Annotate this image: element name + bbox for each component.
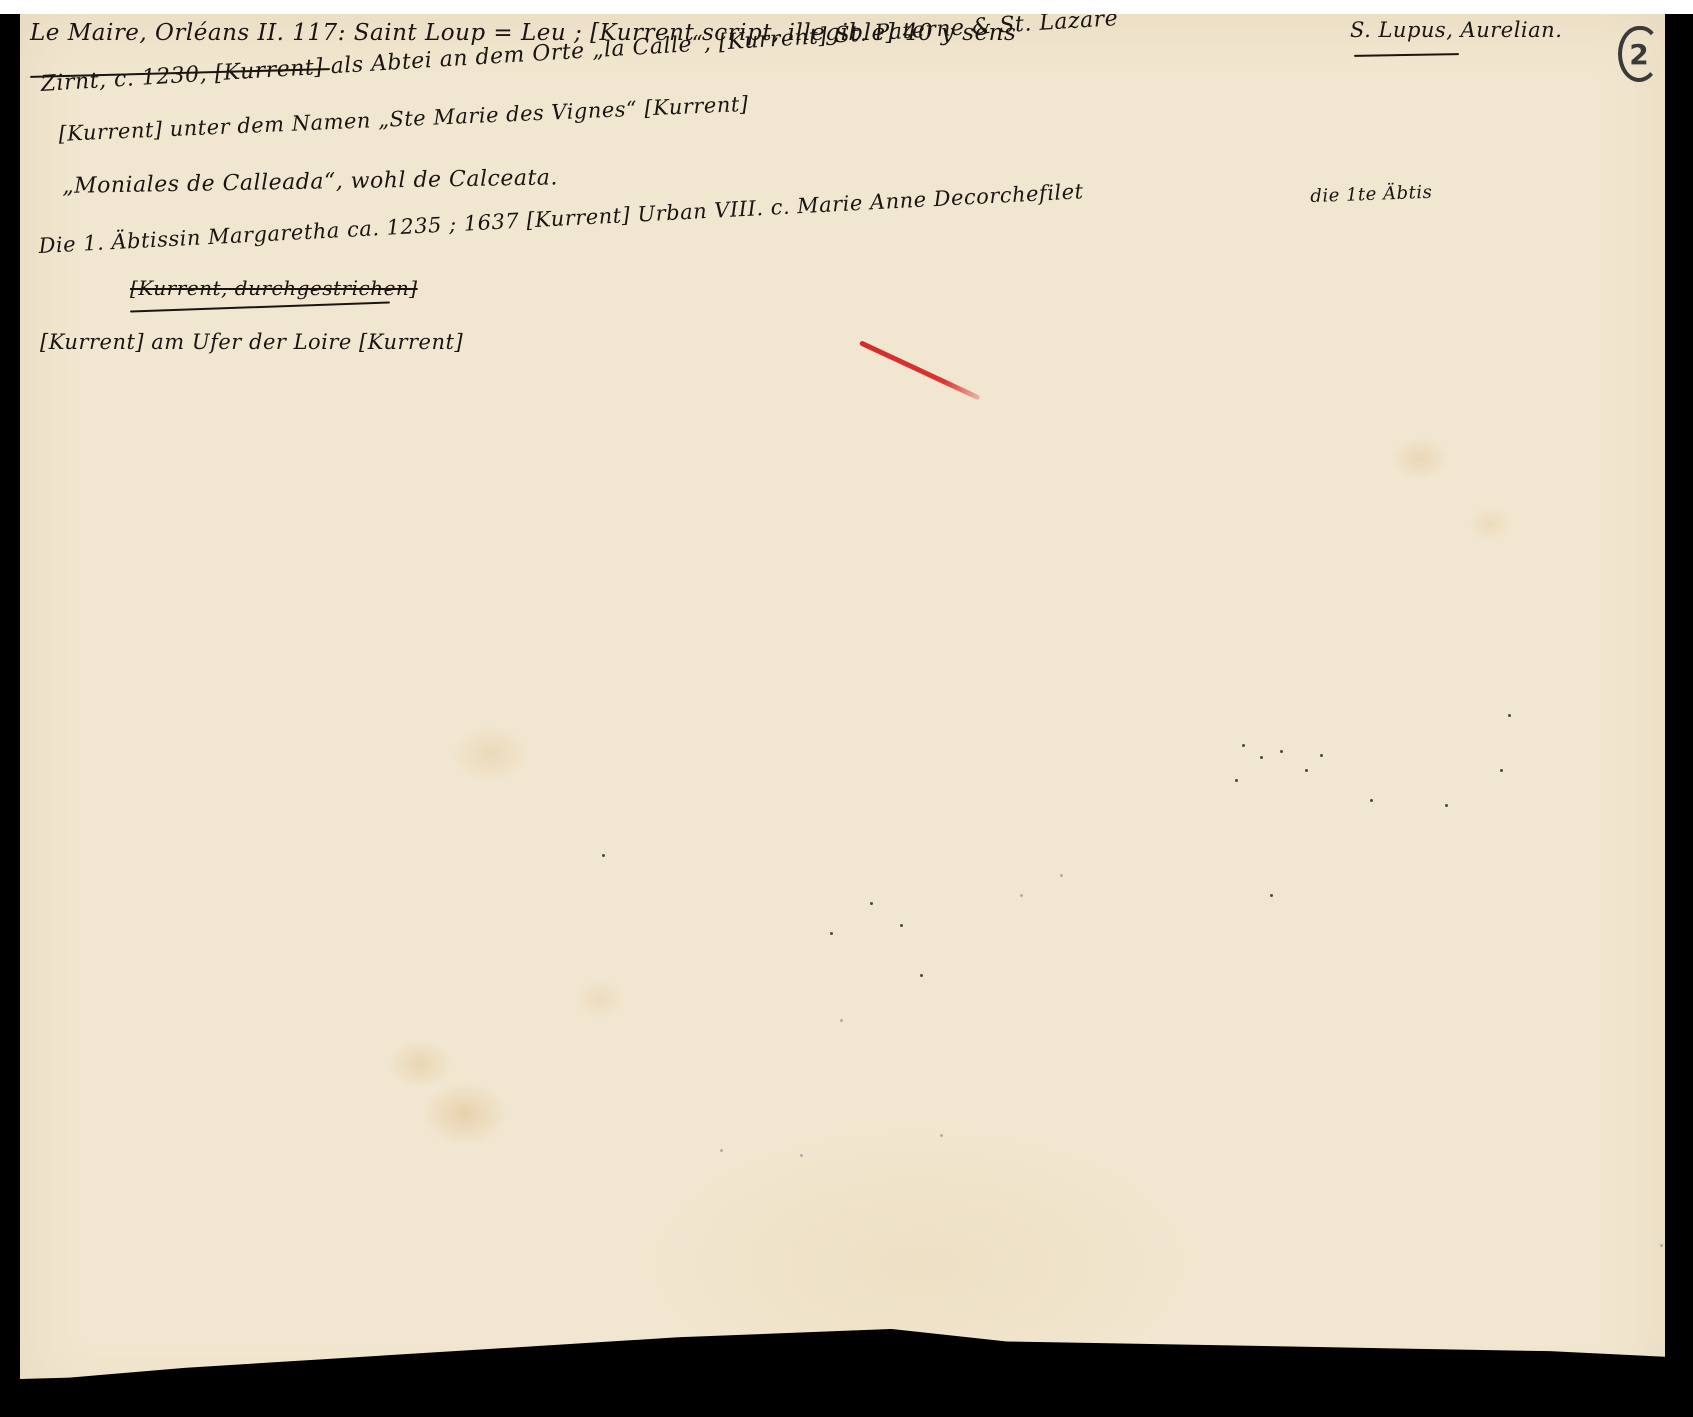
ink-speck <box>1060 874 1063 877</box>
header-right-underline <box>1354 53 1459 57</box>
ink-speck <box>800 1154 803 1157</box>
scan-top-margin <box>0 0 1693 14</box>
ink-speck <box>720 1149 723 1152</box>
ink-speck <box>840 1019 843 1022</box>
ink-speck <box>940 1134 943 1137</box>
ink-speck <box>1242 744 1245 747</box>
ink-speck <box>1320 754 1323 757</box>
strike-line <box>130 301 390 312</box>
ink-speck <box>1270 894 1273 897</box>
ink-speck <box>1235 779 1238 782</box>
ink-speck <box>1280 750 1283 753</box>
ink-speck <box>1445 804 1448 807</box>
ink-speck <box>1370 799 1373 802</box>
text-line-5: die 1te Äbtis <box>1310 182 1433 207</box>
page-number-circle: 2 <box>1618 26 1660 82</box>
ink-speck <box>1260 756 1263 759</box>
footer-text-line: [Kurrent] am Ufer der Loire [Kurrent] <box>40 330 463 354</box>
document-page: Le Maire, Orléans II. 117: Saint Loup = … <box>20 14 1665 1404</box>
text-line-2: [Kurrent] unter dem Namen „Ste Marie des… <box>58 92 749 146</box>
text-line-3: „Moniales de Calleada“, wohl de Calceata… <box>62 165 558 199</box>
ink-speck <box>602 854 605 857</box>
ink-speck <box>920 974 923 977</box>
ink-speck <box>1508 714 1511 717</box>
page-number: 2 <box>1629 38 1648 71</box>
ink-speck <box>1305 769 1308 772</box>
ink-speck <box>1500 769 1503 772</box>
ink-speck <box>870 902 873 905</box>
ink-speck <box>1020 894 1023 897</box>
ink-speck <box>830 932 833 935</box>
header-right-text: S. Lupus, Aurelian. <box>1350 18 1562 42</box>
ink-speck <box>1660 1244 1663 1247</box>
red-pencil-mark <box>859 340 981 400</box>
ink-speck <box>900 924 903 927</box>
struck-through-line: [Kurrent, durchgestrichen] <box>130 276 390 300</box>
